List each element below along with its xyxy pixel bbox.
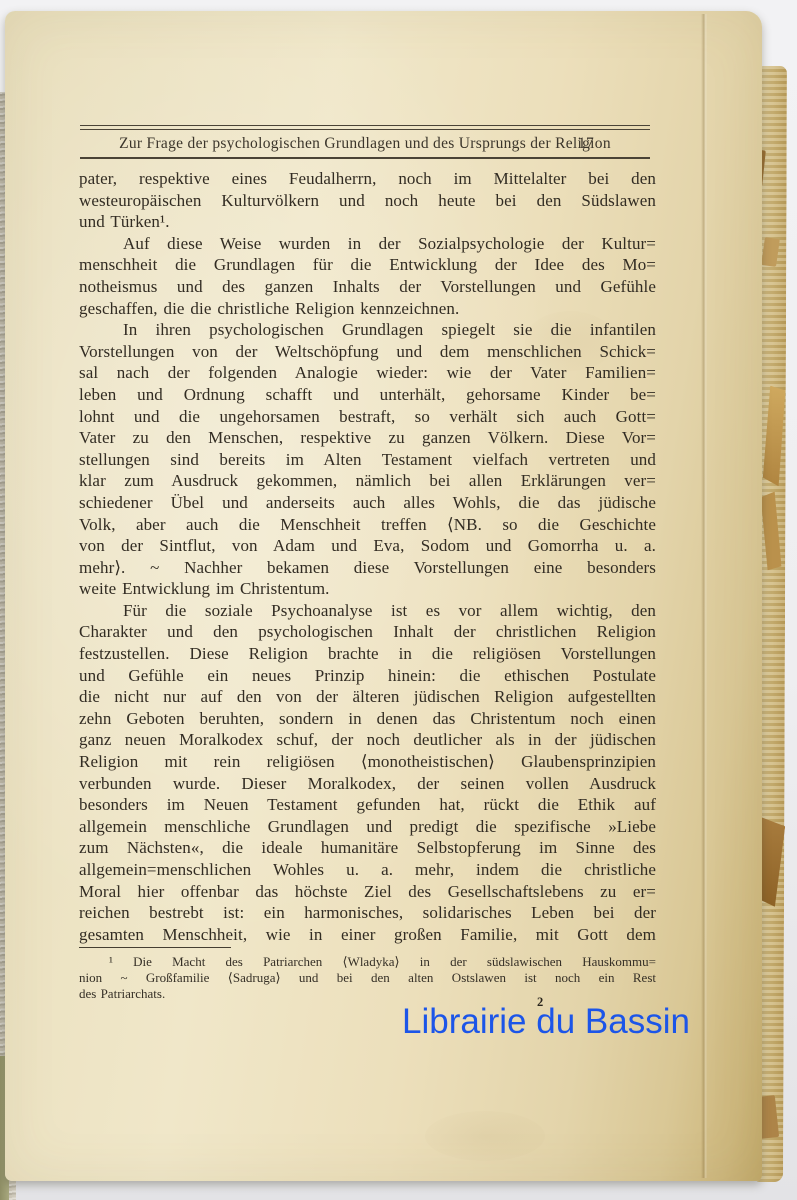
body-line: besonders im Neuen Testament gefunden ha… [79, 794, 656, 816]
body-line: In ihren psychologischen Grundlagen spie… [79, 319, 656, 341]
head-rule-bottom [80, 157, 650, 158]
body-line: mehr⟩. ~ Nachher bekamen diese Vorstellu… [79, 557, 656, 579]
page-fold-shadow [701, 14, 707, 1178]
body-line: zehn Geboten beruhten, sondern in denen … [79, 708, 656, 730]
book-page-photo: Zur Frage der psychologischen Grundlagen… [0, 0, 797, 1200]
body-line: allgemein=menschlichen Wohles u. a. mehr… [79, 859, 656, 881]
footnote-line: des Patriarchats. [79, 986, 656, 1002]
body-line: pater, respektive eines Feudalherrn, noc… [79, 168, 656, 190]
body-line: verbunden wurde. Dieser Moralkodex, der … [79, 773, 656, 795]
body-line: klar zum Ausdruck gekommen, nämlich bei … [79, 470, 656, 492]
body-line: westeuropäischen Kulturvölkern und noch … [79, 190, 656, 212]
body-line: Vorstellungen von der Weltschöpfung und … [79, 341, 656, 363]
body-line: stellungen sind bereits im Alten Testame… [79, 449, 656, 471]
body-line: allgemein menschliche Grundlagen und pre… [79, 816, 656, 838]
body-line: weite Entwicklung im Christentum. [79, 578, 656, 600]
bookseller-watermark: Librairie du Bassin [402, 1002, 690, 1042]
body-line: Für die soziale Psychoanalyse ist es vor… [79, 600, 656, 622]
body-line: gesamten Menschheit, wie in einer großen… [79, 924, 656, 946]
body-line: leben und Ordnung schafft und unterhält,… [79, 384, 656, 406]
body-line: Auf diese Weise wurden in der Sozialpsyc… [79, 233, 656, 255]
running-head-title: Zur Frage der psychologischen Grundlagen… [119, 135, 611, 152]
body-line: festzustellen. Diese Religion brachte in… [79, 643, 656, 665]
body-line: Moral hier offenbar das höchste Ziel des… [79, 881, 656, 903]
footnote-text: ¹ Die Macht des Patriarchen ⟨Wladyka⟩ in… [79, 954, 656, 1002]
body-line: notheismus und des ganzen Inhalts der Vo… [79, 276, 656, 298]
body-line: Charakter und den psychologischen Inhalt… [79, 621, 656, 643]
body-line: Vater zu den Menschen, respektive zu gan… [79, 427, 656, 449]
body-line: die nicht nur auf den von der älteren jü… [79, 686, 656, 708]
body-line: und Gefühle ein neues Prinzip hinein: di… [79, 665, 656, 687]
footnote-line: ¹ Die Macht des Patriarchen ⟨Wladyka⟩ in… [79, 954, 656, 970]
body-line: sal nach der folgenden Analogie wieder: … [79, 362, 656, 384]
body-line: Religion mit rein religiösen ⟨monotheist… [79, 751, 656, 773]
body-line: und Türken¹. [79, 211, 656, 233]
footnote-rule [79, 947, 231, 948]
body-line: von der Sintflut, von Adam und Eva, Sodo… [79, 535, 656, 557]
body-line: menschheit die Grundlagen für die Entwic… [79, 254, 656, 276]
body-line: reichen bestrebt ist: ein harmonisches, … [79, 902, 656, 924]
body-line: schiedener Übel und anderseits auch alle… [79, 492, 656, 514]
body-line: geschaffen, die die christliche Religion… [79, 298, 656, 320]
body-line: lohnt und die ungehorsamen bestraft, so … [79, 406, 656, 428]
paper-stain [425, 1111, 545, 1161]
running-head: Zur Frage der psychologischen Grundlagen… [80, 125, 650, 159]
head-rule-top-2 [80, 129, 650, 130]
page-number: 17 [578, 135, 594, 153]
body-text: pater, respektive eines Feudalherrn, noc… [79, 168, 656, 945]
head-rule-top [80, 125, 650, 126]
body-line: ganz neuen Moralkodex schuf, der noch de… [79, 729, 656, 751]
body-line: zum Nächsten«, die ideale humanitäre Sel… [79, 837, 656, 859]
body-line: Volk, aber auch die Menschheit treffen ⟨… [79, 514, 656, 536]
footnote-line: nion ~ Großfamilie ⟨Sadruga⟩ und bei den… [79, 970, 656, 986]
